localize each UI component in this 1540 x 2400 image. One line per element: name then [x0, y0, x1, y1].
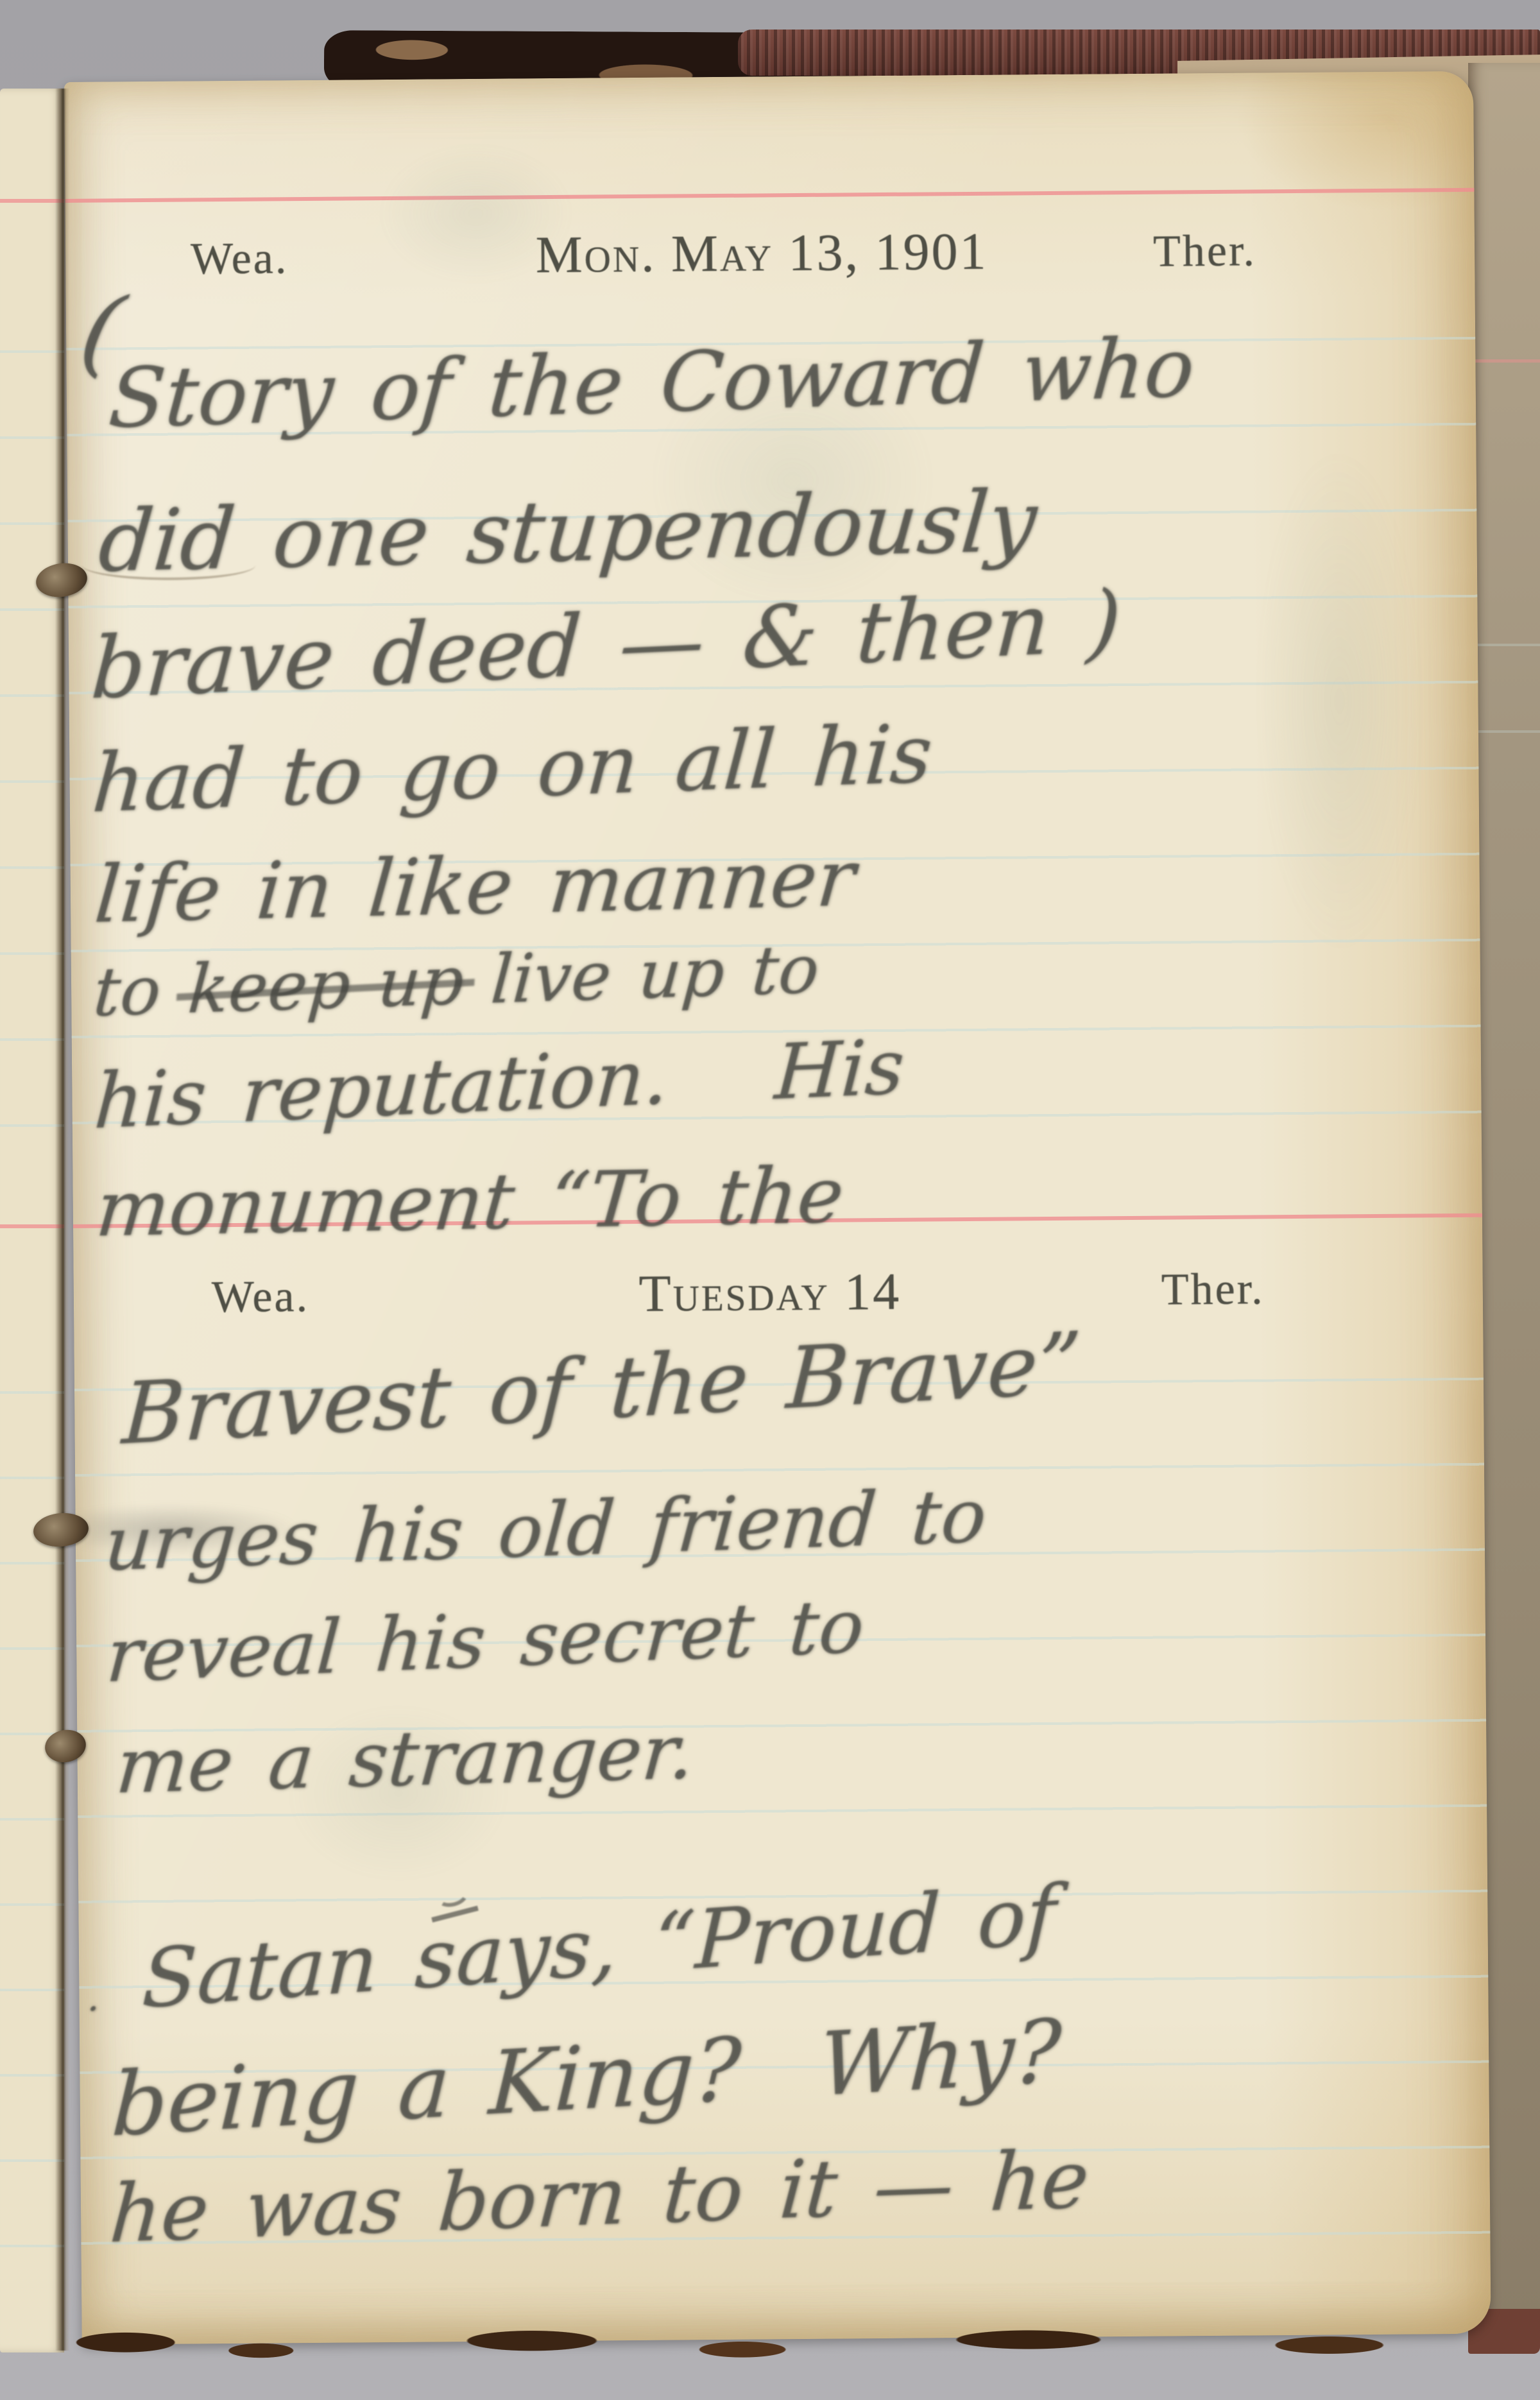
ink-bleedthrough-stain	[1221, 347, 1458, 1055]
struck-out-words: keep up	[185, 941, 466, 1029]
handwriting-line: life in like manner	[92, 833, 859, 941]
underpage-blue-rule	[1468, 644, 1540, 646]
ruled-lines	[0, 350, 64, 1131]
handwriting-fragment: to	[91, 950, 191, 1032]
red-section-rule-monday	[65, 188, 1474, 203]
red-section-rule	[0, 199, 64, 203]
date-header-monday: Mon. May 13, 1901	[425, 220, 1099, 286]
binding-crease	[55, 89, 69, 2351]
handwriting-line: me a stranger.	[113, 1707, 697, 1810]
handwriting-fragment: live up to	[461, 930, 822, 1020]
thermometer-column-label: Ther.	[1153, 225, 1256, 277]
underpage-red-rule	[1468, 359, 1540, 363]
scanned-diary-photo: Wea. Mon. May 13, 1901 Ther. ( Story of …	[0, 0, 1540, 2400]
facing-page-sliver	[0, 89, 64, 2353]
underpage-blue-rule	[1468, 730, 1540, 733]
binding-thread	[82, 551, 255, 580]
weather-column-label: Wea.	[191, 233, 289, 285]
weather-column-label: Wea.	[212, 1271, 310, 1323]
handwriting-line: monument “To the	[92, 1151, 847, 1255]
date-header-tuesday: Tuesday 14	[465, 1260, 1075, 1325]
book-cover-edge-bottom	[35, 2318, 1540, 2372]
diary-page: Wea. Mon. May 13, 1901 Ther. ( Story of …	[64, 71, 1491, 2345]
thermometer-column-label: Ther.	[1161, 1264, 1265, 1316]
red-section-rule	[0, 1224, 64, 1228]
